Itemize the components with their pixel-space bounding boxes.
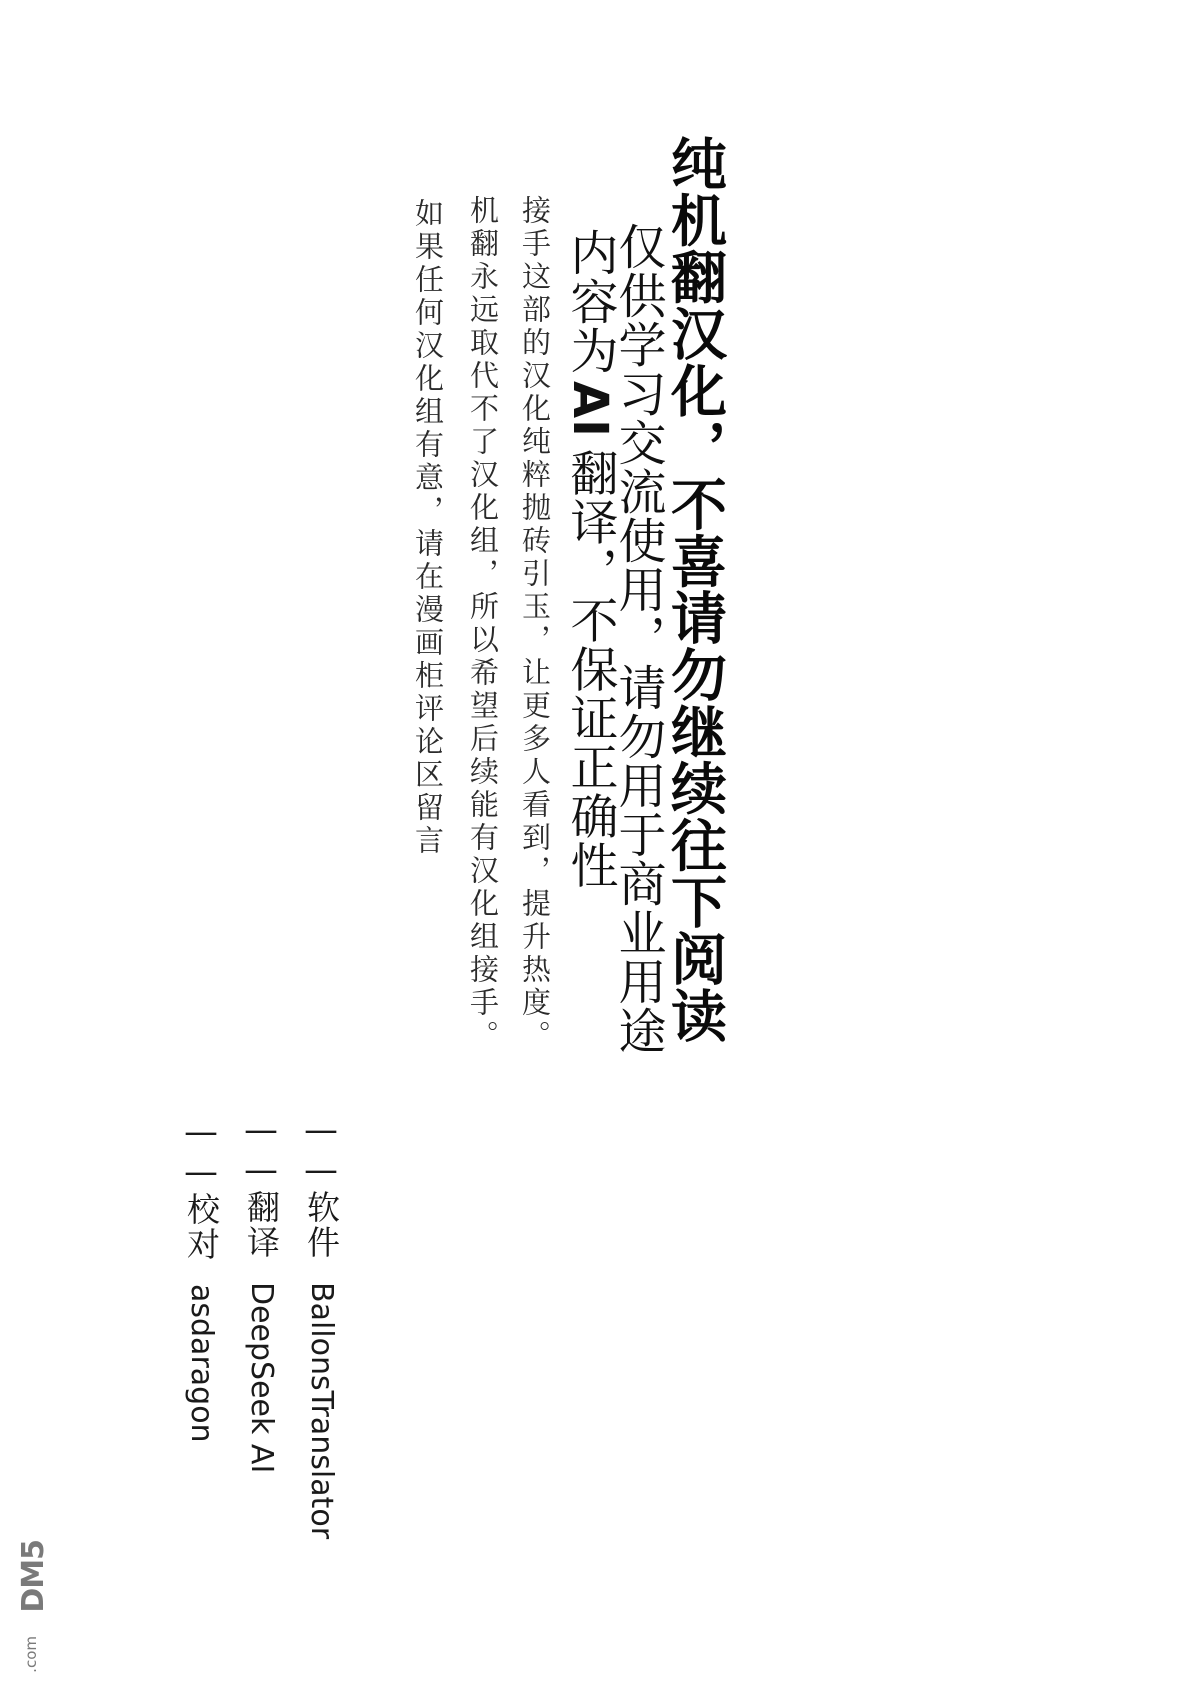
subtitle-ai-latin: AI <box>562 381 618 438</box>
subtitle-ai-suffix: 翻译，不保证正确性 <box>562 448 618 889</box>
credit-label: 翻译 <box>242 1190 281 1260</box>
credit-value: DeepSeek AI <box>244 1282 279 1473</box>
credit-dash: —— <box>184 1112 218 1192</box>
message-paragraph-1: 接手这部的汉化纯粹抛砖引玉，让更多人看到，提升热度。 <box>520 195 549 1053</box>
watermark-brand: DM5 <box>16 1540 51 1613</box>
subtitle-ai-prefix: 内容为 <box>562 228 618 375</box>
credit-label: 校对 <box>182 1192 221 1262</box>
credit-value: BallonsTranslator <box>304 1282 339 1539</box>
message-paragraph-2: 机翻永远取代不了汉化组，所以希望后续能有汉化组接手。 <box>468 195 497 1053</box>
credit-proofreading: ——校对asdaragon <box>178 1112 225 1443</box>
watermark-domain: .com <box>22 1636 40 1673</box>
credit-label: 软件 <box>302 1190 341 1260</box>
credit-software: ——软件BallonsTranslator <box>298 1110 345 1539</box>
credit-translation: ——翻译DeepSeek AI <box>238 1110 285 1473</box>
credit-value: asdaragon <box>184 1284 219 1443</box>
credit-dash: —— <box>304 1110 338 1190</box>
dm5-watermark-logo: DM5 .com <box>14 1540 54 1690</box>
message-paragraph-3: 如果任何汉化组有意，请在漫画柜评论区留言 <box>413 198 442 858</box>
notice-title: 纯机翻汉化，不喜请勿继续往下阅读 <box>666 135 722 1044</box>
notice-subtitle-ai: 内容为AI翻译，不保证正确性 <box>566 228 614 889</box>
notice-subtitle-usage: 仅供学习交流使用，请勿用于商业用途 <box>614 222 662 1055</box>
credit-dash: —— <box>244 1110 278 1190</box>
disclaimer-page: 纯机翻汉化，不喜请勿继续往下阅读 仅供学习交流使用，请勿用于商业用途 内容为AI… <box>0 0 1200 1697</box>
